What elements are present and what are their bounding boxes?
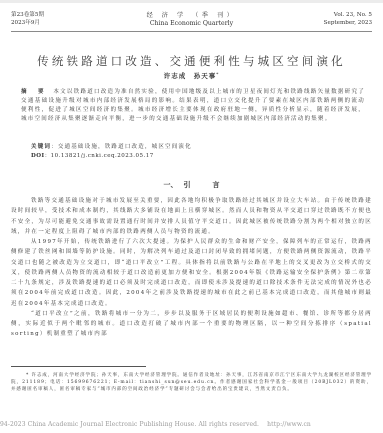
page-top-band bbox=[0, 0, 383, 3]
doi: DOI：10.13821/j.cnki.ceq.2023.05.17 bbox=[31, 151, 154, 159]
header-right: Vol. 23, No. 5 September, 2023 bbox=[324, 12, 372, 27]
article-title: 传统铁路道口改造、交通便利性与城区空间演化 bbox=[11, 53, 372, 69]
keywords-text: 交通基础设施，铁路道口改造，城区空间演化 bbox=[58, 144, 192, 150]
journal-name-en: China Economic Quarterly bbox=[11, 20, 372, 28]
body-text: 铁路等交通基础设施对于城市发展至关重要，因此各地均积极争取铁路经过其城区并设立大… bbox=[11, 196, 372, 340]
doi-value[interactable]: 10.13821/j.cnki.ceq.2023.05.17 bbox=[51, 153, 154, 159]
section-title-part2: 言 bbox=[213, 180, 220, 189]
author-names: 许志成 孙天事 bbox=[164, 72, 217, 80]
body-paragraph: 铁路等交通基础设施对于城市发展至关重要，因此各地均积极争取铁路经过其城区并设立大… bbox=[11, 196, 372, 237]
keywords-sep: ： bbox=[51, 144, 58, 150]
article-authors: 许志成 孙天事* bbox=[11, 71, 372, 80]
body-paragraph: 从1997年开始，传统铁路进行了六次大提速。为保护人民群众的生命和财产安全，保障… bbox=[11, 237, 372, 309]
header-center: 经 济 学 （季 刊） China Economic Quarterly bbox=[11, 12, 372, 27]
author-footnote-mark[interactable]: * bbox=[216, 71, 219, 76]
doi-label: DOI bbox=[31, 153, 45, 159]
copyright-footer: 94-2023 China Academic Journal Electroni… bbox=[0, 419, 383, 428]
abstract-text: 本文以铁路道口改造为准自然实验，使用中国地级及以上城市的卫星夜间灯光和铁路线路矢… bbox=[21, 89, 365, 122]
keywords-label: 关键词 bbox=[31, 144, 51, 150]
footnote: * 许志成，河南大学经济学院；孙天事，东南大学经济管理学院。通信作者及地址：孙天… bbox=[11, 372, 372, 393]
abstract: 摘 要 本文以铁路道口改造为准自然实验，使用中国地级及以上城市的卫星夜间灯光和铁… bbox=[21, 88, 365, 124]
keywords: 关键词：交通基础设施，铁路道口改造，城区空间演化 bbox=[31, 142, 192, 150]
abstract-label: 摘 要 bbox=[21, 89, 47, 95]
journal-name-cn: 经 济 学 （季 刊） bbox=[11, 12, 372, 20]
body-paragraph: “道口平改立”之前，铁路将城市一分为二，步步以及服务于区域居民的便利设施如超市、… bbox=[11, 309, 372, 340]
section-title-part1: 引 bbox=[184, 180, 191, 189]
footnote-rule bbox=[11, 366, 146, 367]
section-heading: 一、引言 bbox=[11, 180, 372, 190]
date-en: September, 2023 bbox=[324, 20, 372, 28]
running-header: 第23卷第5期 2023年9月 经 济 学 （季 刊） China Econom… bbox=[11, 12, 372, 32]
section-number: 一、 bbox=[164, 180, 178, 189]
volume-en: Vol. 23, No. 5 bbox=[324, 12, 372, 20]
header-rule bbox=[11, 31, 372, 32]
